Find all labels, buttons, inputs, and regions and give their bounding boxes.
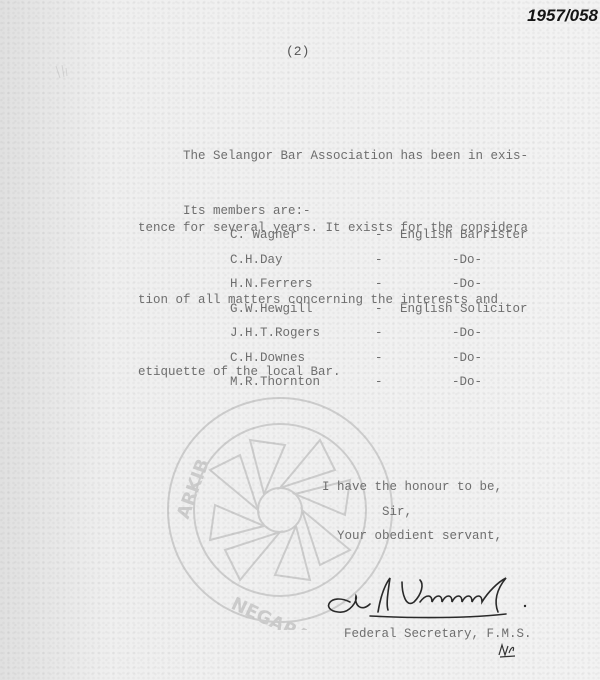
member-name: C.H.Downes [230, 351, 375, 376]
member-dash: - [375, 351, 400, 376]
closing-line: I have the honour to be, [322, 480, 502, 494]
member-dash: - [375, 228, 400, 253]
closing-salutation: Sir, [382, 505, 412, 519]
member-row: H.N.Ferrers - -Do- [230, 277, 560, 302]
member-row: M.R.Thornton - -Do- [230, 375, 560, 400]
handwritten-initials [497, 641, 519, 659]
signatory-title: Federal Secretary, F.M.S. [344, 627, 532, 641]
page-number: (2) [286, 44, 309, 59]
members-list: C. Wagner - English Barrister C.H.Day - … [230, 228, 560, 400]
member-role: English Solicitor [400, 302, 560, 327]
member-dash: - [375, 277, 400, 302]
member-name: G.W.Hewgill [230, 302, 375, 327]
document-page: 1957/058 (2) The Selangor Bar Associatio… [0, 0, 600, 680]
member-name: M.R.Thornton [230, 375, 375, 400]
closing-line: Your obedient servant, [337, 529, 502, 543]
member-name: H.N.Ferrers [230, 277, 375, 302]
reference-number: 1957/058 [527, 6, 598, 26]
svg-text:ARKIB: ARKIB [173, 456, 214, 522]
member-row: C.H.Downes - -Do- [230, 351, 560, 376]
member-role: -Do- [400, 326, 560, 351]
member-role: -Do- [400, 253, 560, 278]
margin-mark [52, 62, 72, 82]
member-role: -Do- [400, 277, 560, 302]
handwritten-signature [310, 572, 590, 622]
paragraph-line: The Selangor Bar Association has been in… [138, 144, 600, 168]
members-intro: Its members are:- [183, 204, 311, 218]
member-dash: - [375, 302, 400, 327]
member-dash: - [375, 326, 400, 351]
member-row: J.H.T.Rogers - -Do- [230, 326, 560, 351]
member-role: English Barrister [400, 228, 560, 253]
member-name: J.H.T.Rogers [230, 326, 375, 351]
member-role: -Do- [400, 351, 560, 376]
member-row: C.H.Day - -Do- [230, 253, 560, 278]
svg-text:NEGARA: NEGARA [228, 593, 313, 630]
member-row: G.W.Hewgill - English Solicitor [230, 302, 560, 327]
member-name: C.H.Day [230, 253, 375, 278]
member-dash: - [375, 253, 400, 278]
member-name: C. Wagner [230, 228, 375, 253]
member-row: C. Wagner - English Barrister [230, 228, 560, 253]
member-dash: - [375, 375, 400, 400]
member-role: -Do- [400, 375, 560, 400]
